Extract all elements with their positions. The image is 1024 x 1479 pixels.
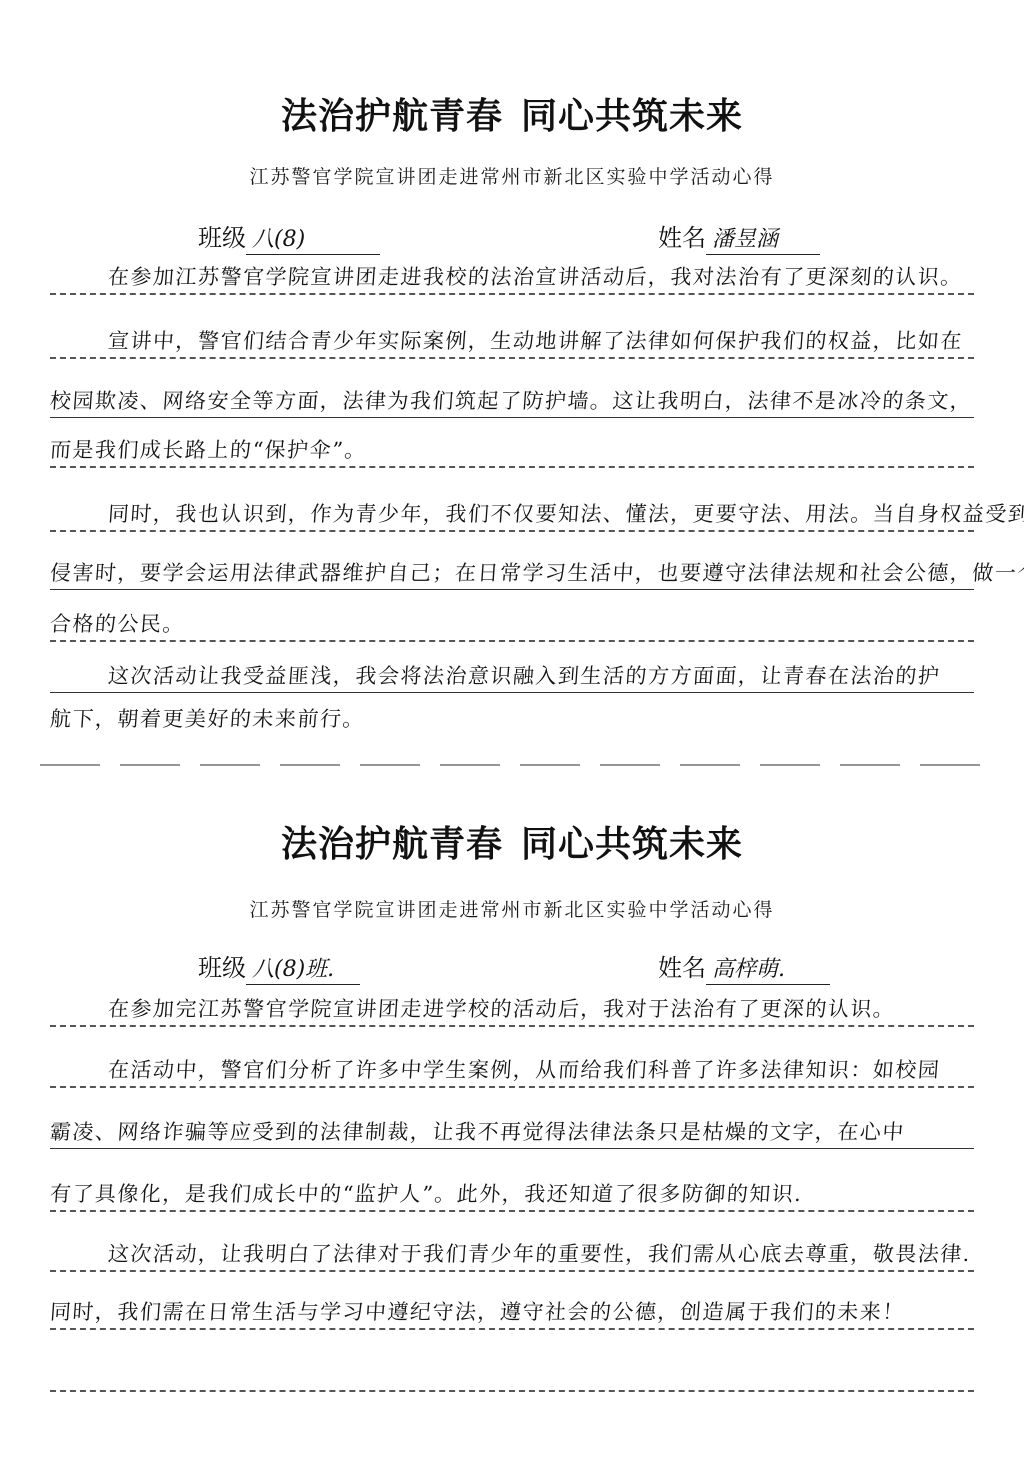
- writing-line: [50, 1350, 974, 1392]
- writing-line: 有了具像化，是我们成长中的“监护人”。此外，我还知道了很多防御的知识.: [50, 1170, 974, 1212]
- title-part-1: 法治护航青春: [281, 824, 503, 865]
- class-label: 班级: [198, 954, 246, 982]
- writing-line: 航下，朝着更美好的未来前行。: [50, 695, 974, 736]
- class-label: 班级: [198, 224, 246, 252]
- class-field: 班级八(8)班.: [198, 948, 360, 985]
- writing-line: 同时，我也认识到，作为青少年，我们不仅要知法、懂法，更要守法、用法。当自身权益受…: [50, 490, 974, 532]
- name-value: 潘昱涵: [706, 222, 820, 255]
- handwritten-text: 航下，朝着更美好的未来前行。: [49, 703, 366, 733]
- title-part-2: 同心共筑未来: [521, 96, 743, 137]
- title-part-1: 法治护航青春: [281, 96, 503, 137]
- handwritten-text: 而是我们成长路上的“保护伞”。: [49, 434, 368, 464]
- name-value: 高梓萌.: [706, 952, 830, 985]
- handwritten-text: 侵害时，要学会运用法律武器维护自己；在日常学习生活中，也要遵守法律法规和社会公德…: [49, 557, 1024, 587]
- writing-line: 侵害时，要学会运用法律武器维护自己；在日常学习生活中，也要遵守法律法规和社会公德…: [50, 549, 974, 590]
- writing-line: 霸凌、网络诈骗等应受到的法律制裁，让我不再觉得法律法条只是枯燥的文字，在心中: [50, 1108, 974, 1149]
- writing-line: 而是我们成长路上的“保护伞”。: [50, 426, 974, 468]
- handwritten-text: 同时，我也认识到，作为青少年，我们不仅要知法、懂法，更要守法、用法。当自身权益受…: [49, 498, 1024, 528]
- form-title: 法治护航青春同心共筑未来: [0, 88, 1024, 139]
- writing-line: 宣讲中，警官们结合青少年实际案例，生动地讲解了法律如何保护我们的权益，比如在: [50, 317, 974, 359]
- title-part-2: 同心共筑未来: [521, 824, 743, 865]
- name-label: 姓名: [658, 954, 706, 982]
- handwritten-text: 宣讲中，警官们结合青少年实际案例，生动地讲解了法律如何保护我们的权益，比如在: [49, 325, 964, 355]
- writing-line: 在参加完江苏警官学院宣讲团走进学校的活动后，我对于法治有了更深的认识。: [50, 985, 974, 1027]
- handwritten-text: 有了具像化，是我们成长中的“监护人”。此外，我还知道了很多防御的知识.: [49, 1178, 804, 1208]
- writing-line: 这次活动，让我明白了法律对于我们青少年的重要性，我们需从心底去尊重，敬畏法律.: [50, 1230, 974, 1272]
- writing-line: 校园欺凌、网络安全等方面，法律为我们筑起了防护墙。这让我明白，法律不是冰冷的条文…: [50, 377, 974, 418]
- reflection-form-2: 法治护航青春同心共筑未来 江苏警官学院宣讲团走进常州市新北区实验中学活动心得 班…: [0, 790, 1024, 1479]
- form-subtitle: 江苏警官学院宣讲团走进常州市新北区实验中学活动心得: [0, 162, 1024, 189]
- name-label: 姓名: [658, 224, 706, 252]
- name-field: 姓名潘昱涵: [658, 218, 820, 255]
- class-value: 八(8): [246, 222, 380, 255]
- class-value: 八(8)班.: [246, 952, 360, 985]
- writing-line: 合格的公民。: [50, 600, 974, 642]
- name-field: 姓名高梓萌.: [658, 948, 830, 985]
- class-field: 班级八(8): [198, 218, 380, 255]
- handwritten-text: 霸凌、网络诈骗等应受到的法律制裁，让我不再觉得法律法条只是枯燥的文字，在心中: [49, 1116, 906, 1146]
- handwritten-text: 在参加完江苏警官学院宣讲团走进学校的活动后，我对于法治有了更深的认识。: [49, 993, 897, 1023]
- handwritten-text: 合格的公民。: [49, 608, 186, 638]
- form-subtitle: 江苏警官学院宣讲团走进常州市新北区实验中学活动心得: [0, 895, 1024, 922]
- handwritten-text: 这次活动让我受益匪浅，我会将法治意识融入到生活的方方面面，让青春在法治的护: [49, 660, 942, 690]
- handwritten-text: 在活动中，警官们分析了许多中学生案例，从而给我们科普了许多法律知识：如校园: [49, 1054, 942, 1084]
- handwritten-text: 在参加江苏警官学院宣讲团走进我校的法治宣讲活动后，我对法治有了更深刻的认识。: [49, 261, 964, 291]
- writing-line: 在参加江苏警官学院宣讲团走进我校的法治宣讲活动后，我对法治有了更深刻的认识。: [50, 253, 974, 295]
- writing-line: 同时，我们需在日常生活与学习中遵纪守法，遵守社会的公德，创造属于我们的未来！: [50, 1288, 974, 1330]
- handwritten-text: 同时，我们需在日常生活与学习中遵纪守法，遵守社会的公德，创造属于我们的未来！: [49, 1296, 906, 1326]
- handwritten-text: 这次活动，让我明白了法律对于我们青少年的重要性，我们需从心底去尊重，敬畏法律.: [49, 1238, 972, 1268]
- writing-line: 这次活动让我受益匪浅，我会将法治意识融入到生活的方方面面，让青春在法治的护: [50, 652, 974, 693]
- reflection-form-1: 法治护航青春同心共筑未来 江苏警官学院宣讲团走进常州市新北区实验中学活动心得 班…: [0, 0, 1024, 790]
- writing-line: 在活动中，警官们分析了许多中学生案例，从而给我们科普了许多法律知识：如校园: [50, 1046, 974, 1088]
- page-divider: [40, 764, 990, 766]
- handwritten-text: 校园欺凌、网络安全等方面，法律为我们筑起了防护墙。这让我明白，法律不是冰冷的条文…: [49, 385, 974, 415]
- form-title: 法治护航青春同心共筑未来: [0, 816, 1024, 867]
